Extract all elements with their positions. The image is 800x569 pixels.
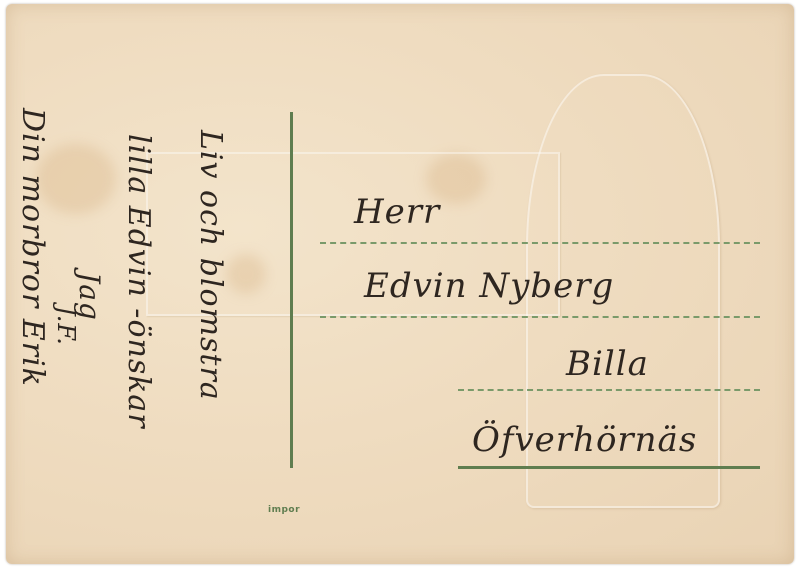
printer-imprint: impor xyxy=(268,505,300,515)
center-divider xyxy=(290,112,293,468)
address-house: Billa xyxy=(566,344,649,384)
address-line-3 xyxy=(458,389,760,391)
message-line-4: Din morbror Erik xyxy=(15,108,50,387)
message-line-2: lilla Edvin -önskar xyxy=(121,134,156,429)
address-name: Edvin Nyberg xyxy=(364,266,614,306)
message-line-5: J.F. xyxy=(52,306,80,346)
address-place: Öfverhörnäs xyxy=(472,420,697,460)
address-line-2 xyxy=(320,316,760,318)
postcard: Herr Edvin Nyberg Billa Öfverhörnäs Liv … xyxy=(6,4,794,564)
address-salutation: Herr xyxy=(354,192,440,232)
message-line-1: Liv och blomstra xyxy=(193,130,228,401)
address-line-1 xyxy=(320,242,760,244)
address-line-4 xyxy=(458,466,760,469)
